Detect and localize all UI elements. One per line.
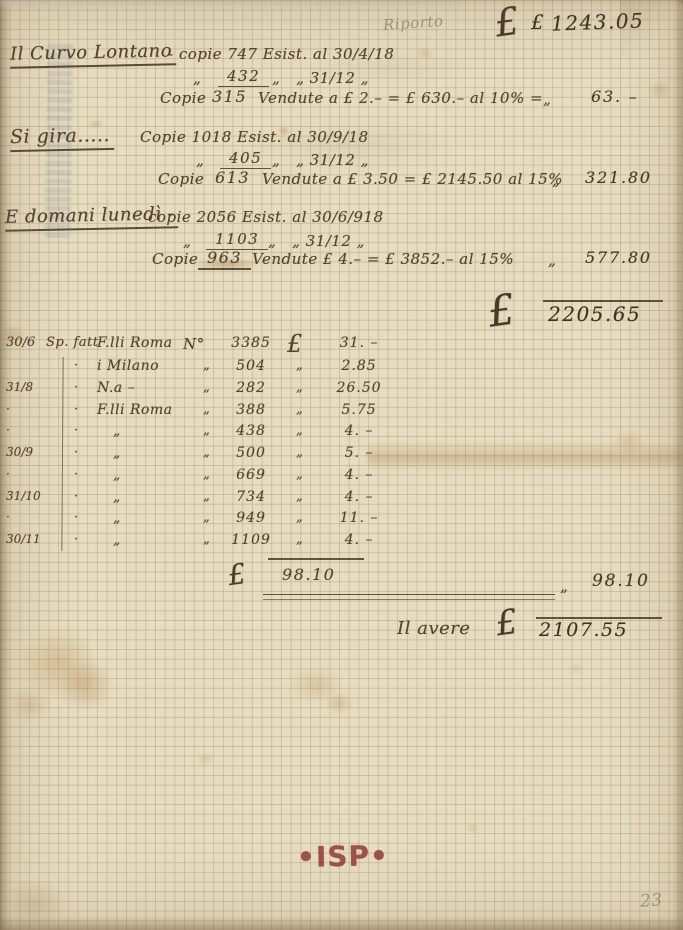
row-date: 31/8 <box>6 381 52 394</box>
row-ditto: · <box>74 446 79 460</box>
row-number-label: N° <box>183 336 205 353</box>
sub-qty-2: 405 <box>220 150 271 169</box>
carry-quote: „ <box>560 578 568 595</box>
sold-quote-1: „ <box>543 91 551 108</box>
row-quote: „ <box>203 468 210 482</box>
sub-qty-3: 1103 <box>206 231 268 250</box>
row-ditto: · <box>74 424 79 438</box>
row-quote: „ <box>203 490 210 504</box>
table-row: 31/10 · „ „ 734 „ 4. – <box>0 490 683 512</box>
subtotal-amount: 2205.65 <box>548 303 641 325</box>
lira-sign: £ <box>531 11 544 33</box>
avere-amount: 2107.55 <box>539 620 628 641</box>
riporto-amount: 1243.05 <box>551 9 645 34</box>
row-amount: 11. – <box>324 511 394 526</box>
row-ditto-destination: „ <box>97 490 219 505</box>
row-copies: 3385 <box>220 336 282 351</box>
row-date: 30/9 <box>6 446 52 459</box>
stain <box>0 916 683 930</box>
table-row: · · „ „ 949 „ 11. – <box>0 511 683 533</box>
stain <box>466 822 480 834</box>
table-row: 31/8 · N.a – „ 282 „ 26.50 <box>0 381 683 403</box>
row-quote: „ <box>203 381 210 395</box>
row-amount: 2.85 <box>324 359 394 374</box>
row-date: 31/10 <box>6 490 52 503</box>
row-ditto-destination: „ <box>97 446 219 461</box>
row-date: · <box>6 511 52 524</box>
row-quote: „ <box>203 403 210 417</box>
row-date: · <box>6 403 52 416</box>
row-ditto: · <box>74 359 79 373</box>
sold-amount-3: 577.80 <box>585 249 652 267</box>
sub-quote-2: „ <box>196 152 204 169</box>
sold-label-3: Copie <box>152 251 198 268</box>
table-row: 30/11 · „ „ 1109 „ 4. – <box>0 533 683 555</box>
row-ditto: · <box>74 533 79 547</box>
row-ditto: · <box>74 490 79 504</box>
table-total-rule <box>268 558 364 560</box>
riporto-note: Riporto <box>382 13 443 34</box>
row-ditto-destination: „ <box>97 468 219 483</box>
row-quote: „ <box>296 511 303 525</box>
row-ditto: · <box>74 468 79 482</box>
row-ditto: · <box>74 381 79 395</box>
row-ditto-destination: „ <box>97 424 219 439</box>
sold-amount-1: 63. – <box>591 88 639 106</box>
sold-rest-3: Vendute £ 4.– = £ 3852.– al 15% <box>252 251 514 268</box>
row-date: 30/11 <box>6 533 52 546</box>
row-quote: „ <box>203 424 210 438</box>
row-amount: 4. – <box>324 533 394 548</box>
sold-quote-2: „ <box>552 172 560 189</box>
table-row: 30/6 Sp. fatt F.lli Roma N° 3385 £ 31. – <box>0 336 683 358</box>
row-date: · <box>6 424 52 437</box>
row-copies: 949 <box>220 511 282 526</box>
sub-rest-1: „ „ 31/12 „ <box>272 70 369 87</box>
lira-flourish: £ <box>226 559 248 592</box>
stain <box>10 688 50 722</box>
sub-rest-3: „ „ 31/12 „ <box>268 233 365 250</box>
row-copies: 734 <box>220 490 282 505</box>
stain <box>648 80 672 100</box>
sub-qty-1: 432 <box>218 68 269 87</box>
row-quote: „ <box>296 403 303 417</box>
row-ditto: · <box>74 511 79 525</box>
row-copies: 438 <box>220 424 282 439</box>
row-copies: 500 <box>220 446 282 461</box>
row-destination: F.lli Roma <box>97 403 203 418</box>
row-note: Sp. fatt <box>46 336 99 350</box>
row-currency: £ <box>287 331 303 357</box>
row-copies: 388 <box>220 403 282 418</box>
stain <box>290 668 342 702</box>
table-row: · · „ „ 438 „ 4. – <box>0 424 683 446</box>
stain <box>58 660 113 710</box>
stain <box>416 46 434 60</box>
sold-label-1: Copie <box>160 90 206 107</box>
lira-flourish: £ <box>492 0 522 45</box>
row-quote: „ <box>203 511 210 525</box>
book-title-1: Il Curvo Lontano <box>10 41 177 68</box>
avere-label: Il avere <box>397 619 470 639</box>
sub-quote-1: „ <box>193 70 201 87</box>
table-row: · i Milano „ 504 „ 2.85 <box>0 359 683 381</box>
page-number: 23 <box>639 891 663 911</box>
row-quote: „ <box>296 424 303 438</box>
table-row: · · F.lli Roma „ 388 „ 5.75 <box>0 403 683 425</box>
table-row: · · „ „ 669 „ 4. – <box>0 468 683 490</box>
stain <box>0 0 460 6</box>
lira-flourish: £ <box>494 604 521 644</box>
sold-label-2: Copie <box>158 171 204 188</box>
row-copies: 1109 <box>220 533 282 548</box>
row-quote: „ <box>296 381 303 395</box>
row-quote: „ <box>203 533 210 547</box>
row-ditto-destination: „ <box>97 533 219 548</box>
carry-amount: 98.10 <box>592 572 650 591</box>
exist-line-1: - copie 747 Esist. al 30/4/18 <box>168 46 394 63</box>
row-amount: 4. – <box>324 468 394 483</box>
exist-line-3: copie 2056 Esist. al 30/6/918 <box>148 209 384 226</box>
row-quote: „ <box>296 446 303 460</box>
stain <box>568 662 584 674</box>
row-quote: „ <box>296 468 303 482</box>
sold-rest-1: Vendute a £ 2.– = £ 630.– al 10% = <box>258 90 543 107</box>
sold-qty-1: 315 <box>212 88 247 106</box>
row-copies: 504 <box>220 359 282 374</box>
row-destination: N.a – <box>97 381 203 396</box>
row-copies: 669 <box>220 468 282 483</box>
lira-flourish: £ <box>485 286 518 336</box>
isp-stamp: •ISP• <box>297 839 389 874</box>
exist-line-2: Copie 1018 Esist. al 30/9/18 <box>140 129 369 146</box>
sold-amount-2: 321.80 <box>585 169 652 187</box>
row-quote: „ <box>203 446 210 460</box>
stain <box>18 628 98 698</box>
row-amount: 31. – <box>324 336 394 351</box>
sold-quote-3: „ <box>548 252 556 269</box>
book-title-2: Si gira..... <box>10 125 114 152</box>
stain <box>0 878 70 930</box>
row-amount: 4. – <box>324 490 394 505</box>
row-quote: „ <box>203 359 210 373</box>
sold-qty-3: 963 <box>198 249 251 270</box>
row-quote: „ <box>296 533 303 547</box>
row-ditto: · <box>74 403 79 417</box>
row-copies: 282 <box>220 381 282 396</box>
row-amount: 5. – <box>324 446 394 461</box>
stain <box>325 692 353 714</box>
double-rule-bottom <box>263 599 555 600</box>
row-quote: „ <box>296 359 303 373</box>
sold-qty-2: 613 <box>215 169 250 187</box>
row-amount: 26.50 <box>324 381 394 396</box>
row-amount: 5.75 <box>324 403 394 418</box>
row-amount: 4. – <box>324 424 394 439</box>
ledger-page: Riporto £ £ 1243.05 Il Curvo Lontano - c… <box>0 0 683 930</box>
sub-quote-3: „ <box>183 233 191 250</box>
row-quote: „ <box>296 490 303 504</box>
table-row: 30/9 · „ „ 500 „ 5. – <box>0 446 683 468</box>
stain <box>196 752 214 766</box>
table-total-amount: 98.10 <box>282 566 335 584</box>
sub-rest-2: „ „ 31/12 „ <box>272 152 369 169</box>
double-rule-top <box>263 594 555 595</box>
row-destination: i Milano <box>97 359 203 374</box>
row-date: · <box>6 468 52 481</box>
row-ditto-destination: „ <box>97 511 219 526</box>
sold-rest-2: Vendute a £ 3.50 = £ 2145.50 al 15% <box>262 171 563 188</box>
